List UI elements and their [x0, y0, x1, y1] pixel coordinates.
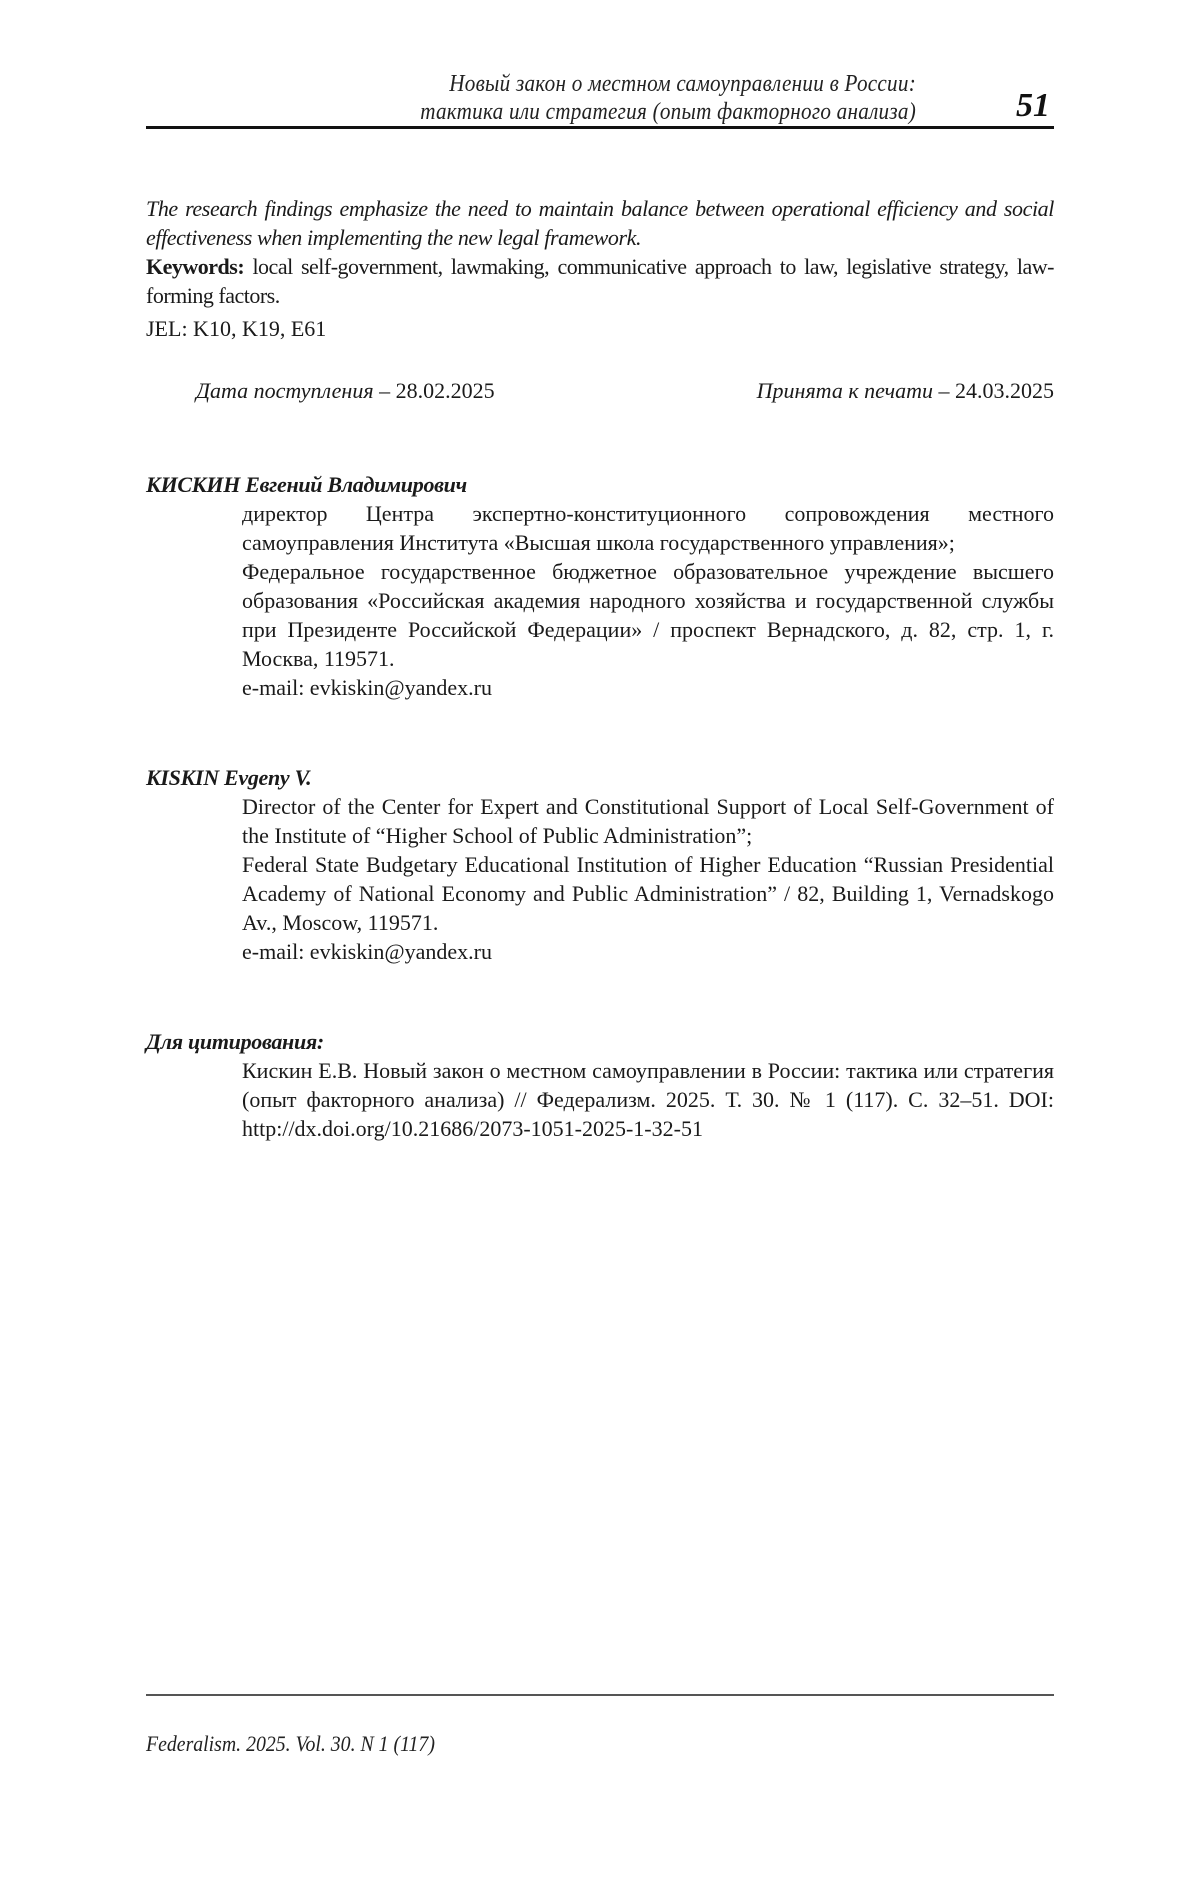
author-position-en: Director of the Center for Expert and Co… [242, 792, 1054, 850]
author-email-ru[interactable]: e-mail: evkiskin@yandex.ru [242, 673, 1054, 702]
author-name-en: KISKIN Evgeny V. [146, 763, 1054, 792]
keywords-label: Keywords: [146, 254, 244, 279]
footer-rule [146, 1694, 1054, 1696]
author-details-ru: директор Центра экспертно-конституционно… [242, 499, 1054, 702]
author-details-en: Director of the Center for Expert and Co… [242, 792, 1054, 966]
running-title: Новый закон о местном самоуправлении в Р… [238, 70, 916, 126]
author-info-russian: КИСКИН Евгений Владимирович директор Цен… [146, 470, 1054, 702]
received-value: – 28.02.2025 [374, 378, 495, 403]
running-footer: Federalism. 2025. Vol. 30. N 1 (117) [146, 1730, 435, 1758]
page-number: 51 [1016, 88, 1050, 124]
citation-section: Для цитирования: Кискин Е.В. Новый закон… [146, 1027, 1054, 1143]
author-organization-ru: Федеральное государственное бюджетное об… [242, 557, 1054, 673]
running-title-line-2: тактика или стратегия (опыт факторного а… [238, 98, 916, 126]
received-date: Дата поступления – 28.02.2025 [196, 377, 495, 405]
citation-text: Кискин Е.В. Новый закон о местном самоуп… [242, 1056, 1054, 1143]
keywords-list: local self-government, lawmaking, commun… [146, 254, 1054, 308]
running-title-line-1: Новый закон о местном самоуправлении в Р… [238, 70, 916, 98]
author-organization-en: Federal State Budgetary Educational Inst… [242, 850, 1054, 937]
keywords: Keywords: local self-government, lawmaki… [146, 252, 1054, 310]
author-email-en[interactable]: e-mail: evkiskin@yandex.ru [242, 937, 1054, 966]
header-rule [146, 126, 1054, 129]
author-position-ru: директор Центра экспертно-конституционно… [242, 499, 1054, 557]
abstract-section: The research findings emphasize the need… [146, 194, 1054, 343]
author-info-english: KISKIN Evgeny V. Director of the Center … [146, 763, 1054, 966]
jel-codes: JEL: K10, K19, E61 [146, 314, 1054, 343]
citation-label: Для цитирования: [146, 1027, 1054, 1056]
abstract-text: The research findings emphasize the need… [146, 194, 1054, 252]
accepted-value: – 24.03.2025 [933, 378, 1054, 403]
submission-dates: Дата поступления – 28.02.2025 Принята к … [196, 377, 1054, 405]
accepted-label: Принята к печати [757, 378, 933, 403]
received-label: Дата поступления [196, 378, 374, 403]
author-name-ru: КИСКИН Евгений Владимирович [146, 470, 1054, 499]
accepted-date: Принята к печати – 24.03.2025 [757, 377, 1054, 405]
